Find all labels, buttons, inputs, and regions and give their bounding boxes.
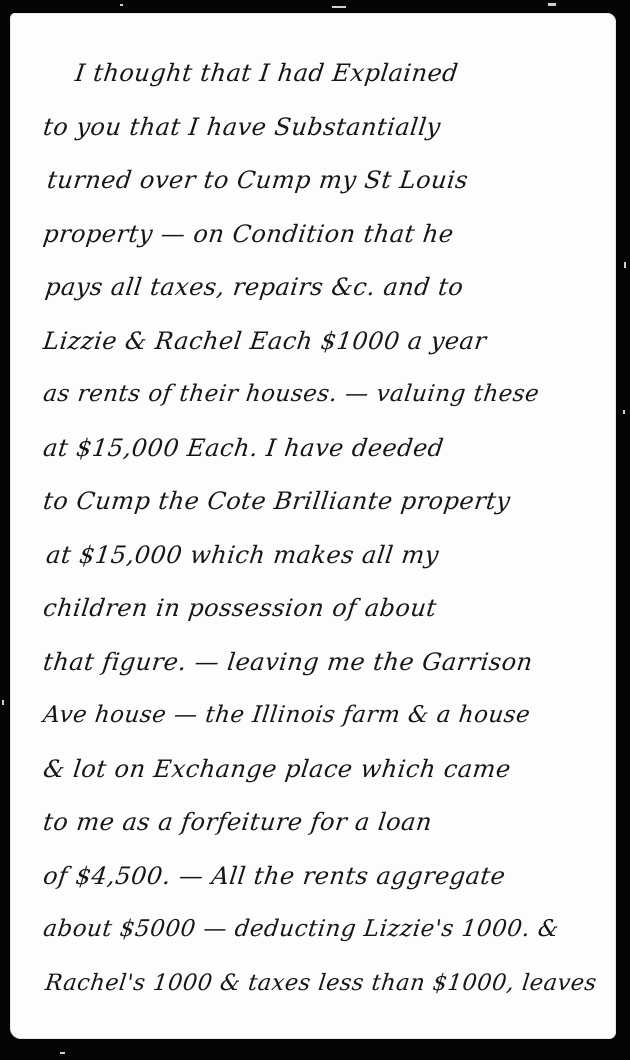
handwritten-line: I thought that I had Explained (40, 47, 615, 101)
handwritten-line: Lizzie & Rachel Each $1000 a year (40, 315, 615, 369)
scan-dust-speck (332, 6, 346, 8)
scan-dust-speck (548, 3, 556, 6)
handwritten-line: pays all taxes, repairs &c. and to (40, 261, 615, 315)
handwritten-line: Rachel's 1000 & taxes less than $1000, l… (40, 957, 615, 1011)
handwritten-line: at $15,000 which makes all my (40, 529, 615, 583)
handwritten-line: that figure. — leaving me the Garrison (40, 636, 615, 690)
scan-dust-speck (624, 262, 626, 268)
handwritten-line: to Cump the Cote Brilliante property (40, 475, 615, 529)
scan-dust-speck (120, 4, 123, 6)
handwritten-line: to you that I have Substantially (40, 101, 615, 155)
letter-page: I thought that I had Explained to you th… (10, 13, 616, 1039)
scanned-letter: I thought that I had Explained to you th… (0, 0, 630, 1060)
handwritten-line: children in possession of about (40, 582, 615, 636)
scan-dust-speck (2, 700, 4, 705)
handwritten-line: property — on Condition that he (40, 208, 615, 262)
handwritten-line: to me as a forfeiture for a loan (40, 796, 615, 850)
letter-body: I thought that I had Explained to you th… (40, 47, 608, 1010)
handwritten-line: Ave house — the Illinois farm & a house (40, 689, 615, 743)
scan-dust-speck (623, 410, 625, 414)
handwritten-line: & lot on Exchange place which came (40, 743, 615, 797)
handwritten-line: of $4,500. — All the rents aggregate (40, 850, 615, 904)
handwritten-line: at $15,000 Each. I have deeded (40, 422, 615, 476)
handwritten-line: turned over to Cump my St Louis (40, 154, 615, 208)
handwritten-line: about $5000 — deducting Lizzie's 1000. & (40, 903, 615, 957)
handwritten-line: as rents of their houses. — valuing thes… (40, 368, 615, 422)
scan-dust-speck (60, 1052, 65, 1054)
